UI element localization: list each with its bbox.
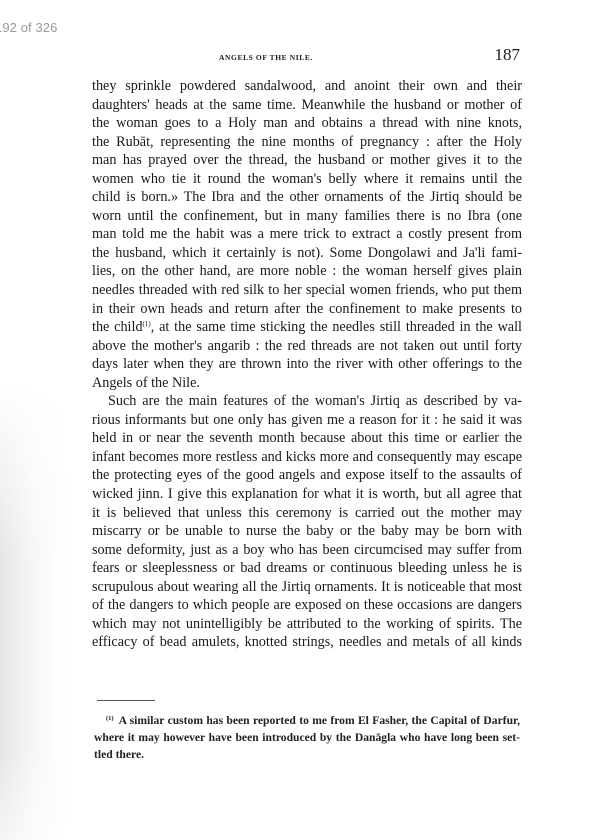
- text-line: wicked jinn. I give this explanation for…: [92, 485, 522, 504]
- text-line: needles threaded with red silk to her sp…: [92, 281, 522, 300]
- text-line: it is believed that unless this ceremony…: [92, 504, 522, 523]
- text-line: women who tie it round the woman's belly…: [92, 170, 522, 189]
- footnote-line: where it may however have been introduce…: [94, 729, 520, 746]
- text-line: worn until the confinement, but in many …: [92, 207, 522, 226]
- footnote-line: (1)A similar custom has been reported to…: [94, 712, 520, 729]
- text-line: Angels of the Nile.: [92, 374, 522, 393]
- text-line: miscarry or be unable to nurse the baby …: [92, 522, 522, 541]
- footnotes: (1)A similar custom has been reported to…: [94, 712, 520, 763]
- running-head: ANGELS OF THE NILE. 187: [92, 48, 522, 68]
- text-line: some deformity, just as a boy who has be…: [92, 541, 522, 560]
- footnote-line: tled there.: [94, 746, 520, 763]
- text-line: held in or near the seventh month becaus…: [92, 429, 522, 448]
- body-text: they sprinkle powdered sandalwood, and a…: [92, 77, 522, 652]
- footnote-reference[interactable]: (1): [143, 320, 151, 328]
- text-line: efficacy of bead amulets, knotted string…: [92, 633, 522, 652]
- text-line: daughters' heads at the same time. Meanw…: [92, 96, 522, 115]
- text-line: they sprinkle powdered sandalwood, and a…: [92, 77, 522, 96]
- text-line: the protecting eyes of the good angels a…: [92, 466, 522, 485]
- footnote-text: A similar custom has been reported to me…: [119, 714, 520, 727]
- text-line: lies, on the other hand, are more noble …: [92, 262, 522, 281]
- text-line: Such are the main features of the woman'…: [92, 392, 522, 411]
- text-line: of the dangers to which people are expos…: [92, 596, 522, 615]
- text-line: child is born.» The Ibra and the other o…: [92, 188, 522, 207]
- paragraph-1: they sprinkle powdered sandalwood, and a…: [92, 77, 522, 392]
- text-line: rious informants but one only has given …: [92, 411, 522, 430]
- text-line: the woman goes to a Holy man and obtains…: [92, 114, 522, 133]
- text-line: the husband, which it certainly is not).…: [92, 244, 522, 263]
- running-title: ANGELS OF THE NILE.: [219, 53, 313, 62]
- text-line: man has prayed over the thread, the husb…: [92, 151, 522, 170]
- line-start: the child: [92, 319, 143, 335]
- page-edge-shadow: [0, 380, 70, 840]
- text-line: days later when they are thrown into the…: [92, 355, 522, 374]
- text-line: scrupulous about wearing all the Jirtiq …: [92, 578, 522, 597]
- text-line: man told me the habit was a mere trick t…: [92, 225, 522, 244]
- text-line: the Rubāt, representing the nine months …: [92, 133, 522, 152]
- text-line: in their own heads and return after the …: [92, 300, 522, 319]
- text-line: infant becomes more restless and kicks m…: [92, 448, 522, 467]
- page-indicator: 192 of 326: [0, 20, 57, 35]
- text-line: above the mother's angarib : the red thr…: [92, 337, 522, 356]
- text-line: which may not unintelligibly be attribut…: [92, 615, 522, 634]
- footnote-divider: [97, 700, 155, 701]
- page-number: 187: [495, 45, 521, 65]
- line-rest: , at the same time sticking the needles …: [151, 319, 522, 335]
- footnote-marker: (1): [106, 715, 114, 722]
- paragraph-2: Such are the main features of the woman'…: [92, 392, 522, 652]
- text-line-with-footnote: the child(1), at the same time sticking …: [92, 318, 522, 337]
- text-line: fears or sleeplessness or bad dreams or …: [92, 559, 522, 578]
